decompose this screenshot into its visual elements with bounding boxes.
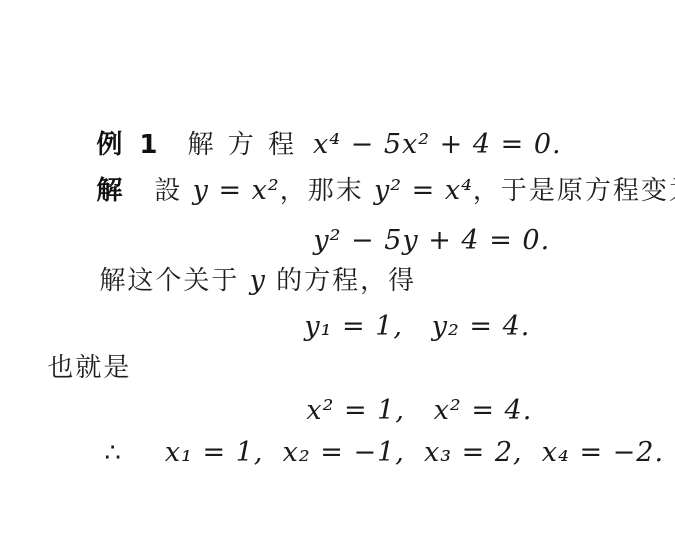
substitution-formula: y = x² (193, 175, 280, 206)
variable-y: y (250, 265, 266, 296)
solve-text-pre: 解这个关于 (99, 266, 249, 296)
conclusion-line: ∴x₁ = 1, x₂ = −1, x₃ = 2, x₄ = −2. (84, 402, 664, 507)
substitution-text-pre: 設 (154, 176, 192, 206)
solution-label: 解 (96, 176, 126, 206)
that-is-text: 也就是 (47, 353, 131, 383)
therefore-symbol: ∴ (104, 438, 121, 468)
final-roots-equation: x₁ = 1, x₂ = −1, x₃ = 2, x₄ = −2. (165, 437, 664, 468)
y-roots-equation: y₁ = 1, y₂ = 4. (304, 311, 530, 342)
scanned-textbook-page: 例 1解 方 程x⁴ − 5x² + 4 = 0. 解設 y = x²，那末 y… (0, 0, 675, 537)
